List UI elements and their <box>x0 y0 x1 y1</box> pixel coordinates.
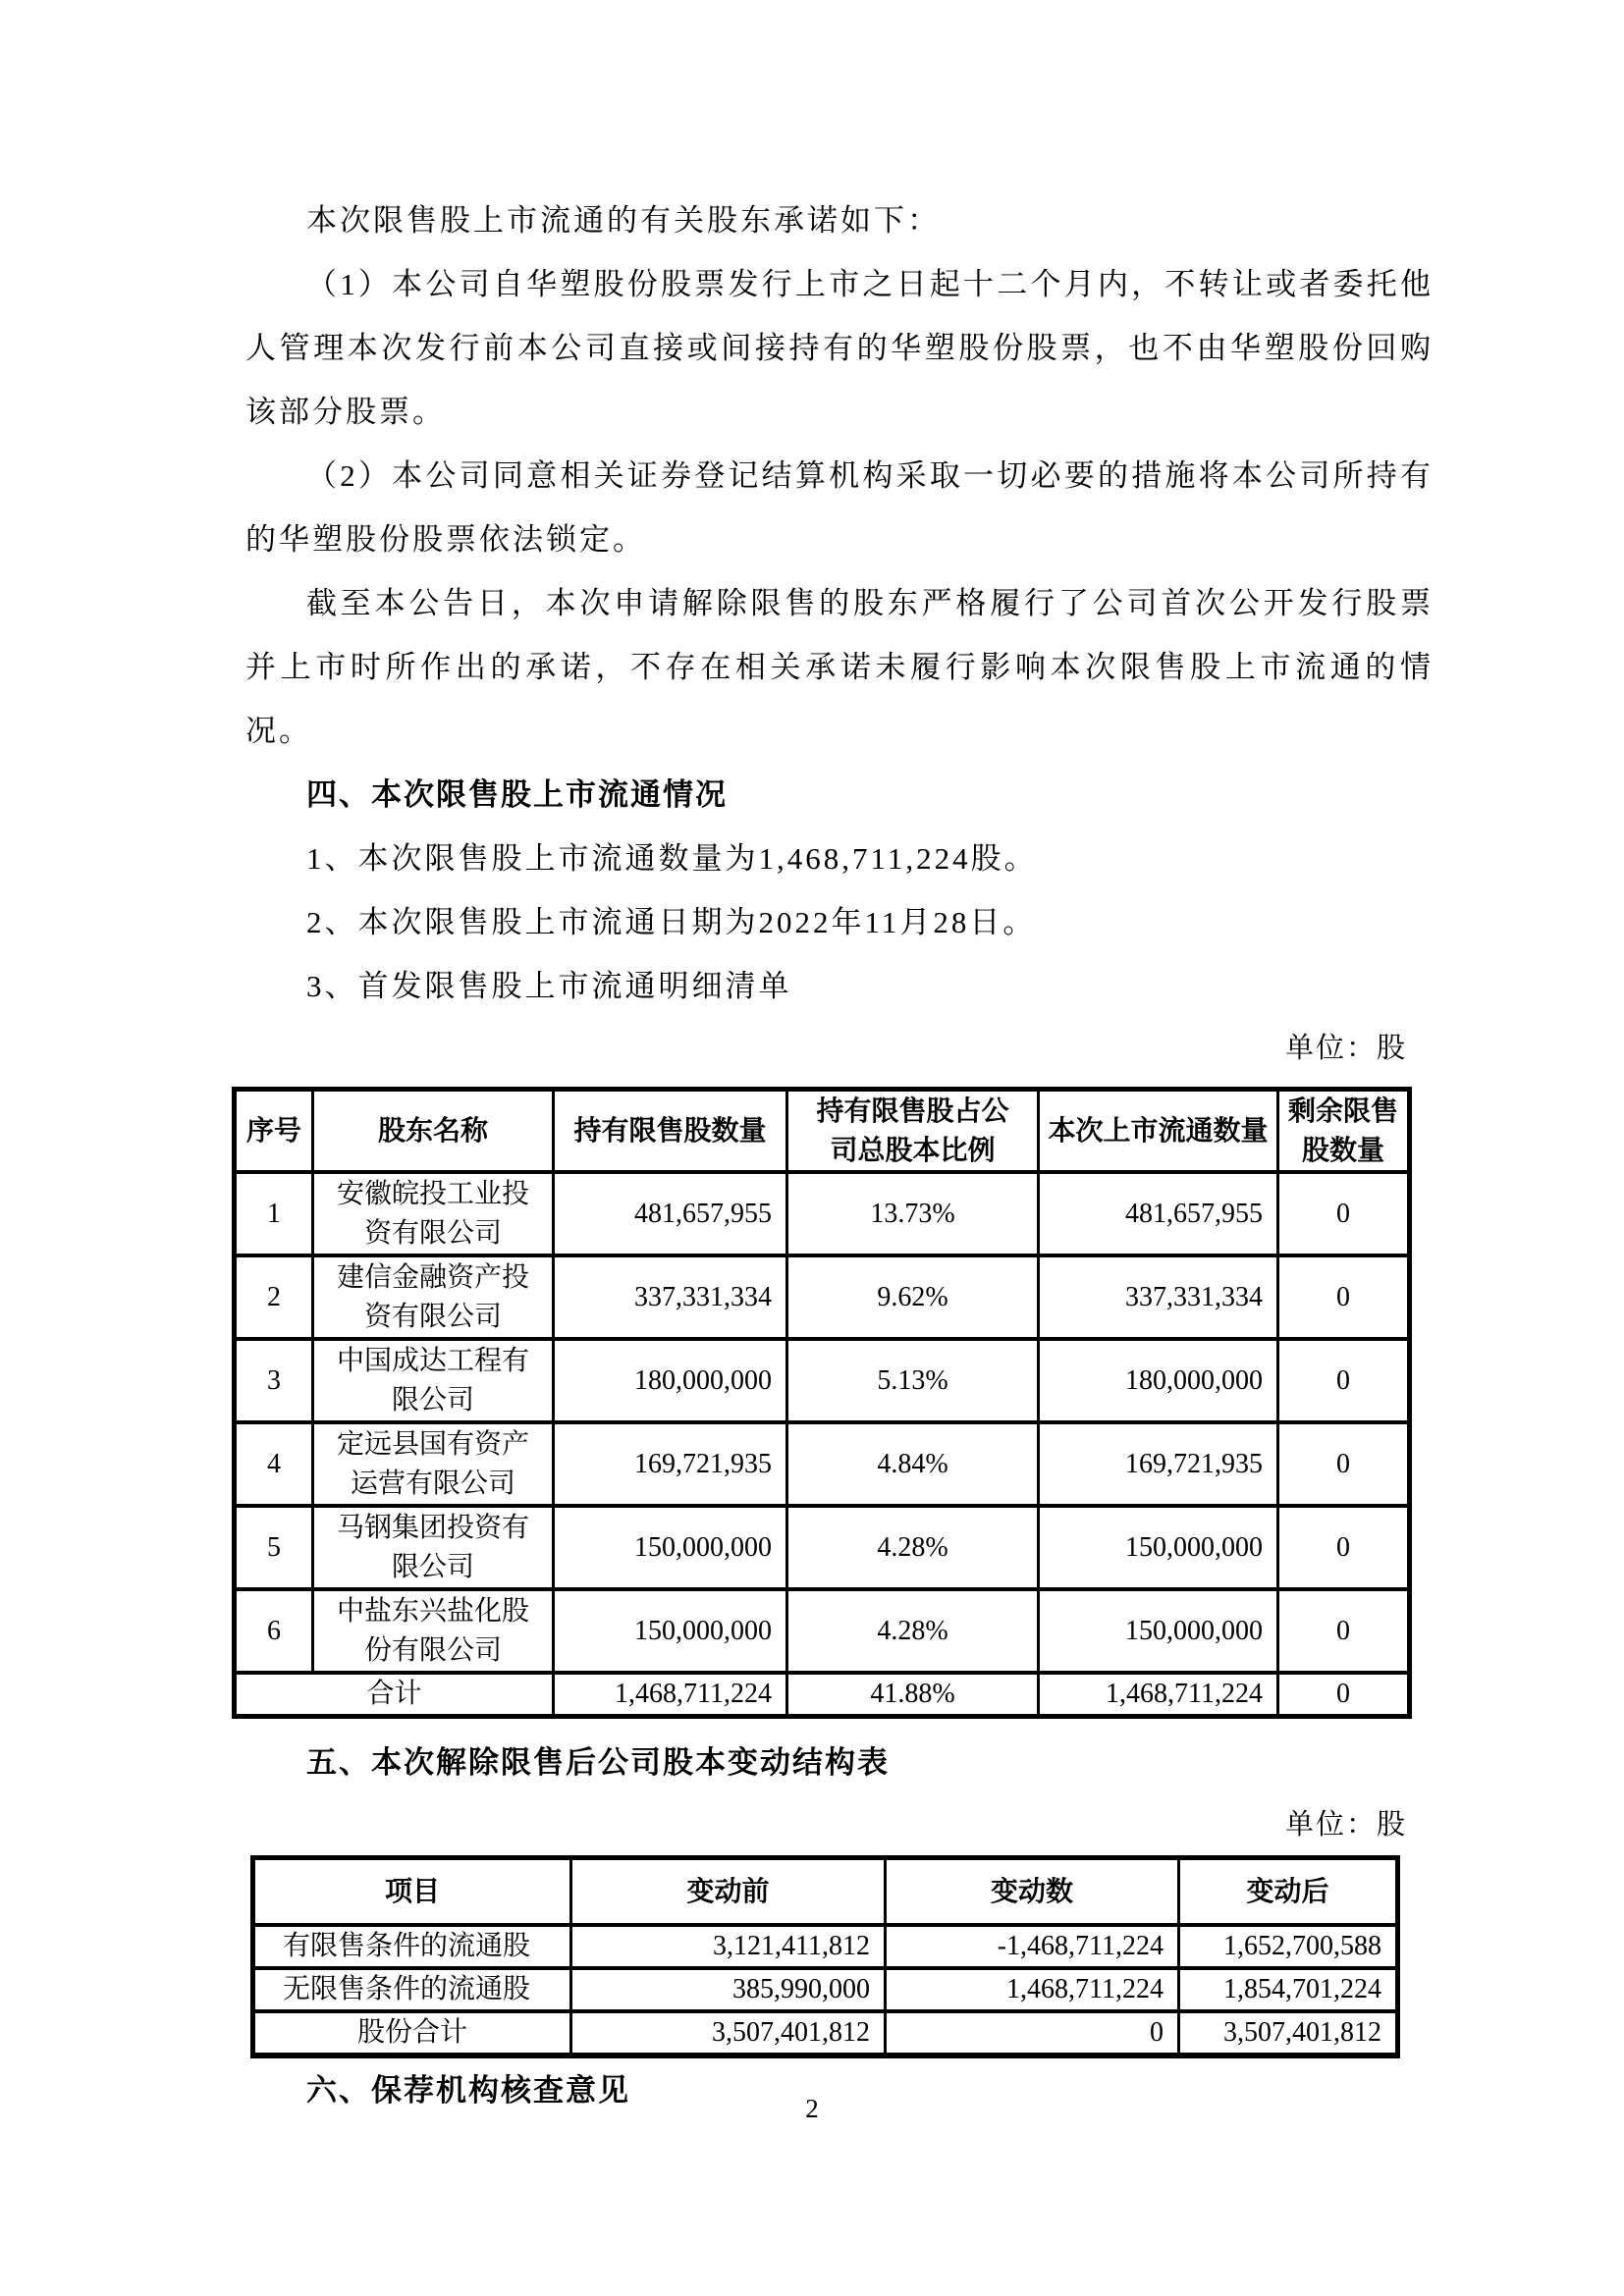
listed-shares-cell: 169,721,935 <box>1039 1422 1278 1506</box>
unit-label-table1: 单位：股 <box>232 1018 1407 1079</box>
table-row: 2 建信金融资产投 资有限公司 337,331,334 9.62% 337,33… <box>235 1255 1410 1339</box>
listed-shares-cell: 150,000,000 <box>1039 1589 1278 1673</box>
remaining-cell: 0 <box>1278 1255 1410 1339</box>
section4-heading: 四、本次限售股上市流通情况 <box>232 763 1434 827</box>
after-cell: 3,507,401,812 <box>1179 2011 1398 2056</box>
header-before-change: 变动前 <box>571 1858 886 1925</box>
pct-cell: 4.28% <box>787 1589 1039 1673</box>
listed-shares-cell: 481,657,955 <box>1039 1172 1278 1255</box>
document-content: 本次限售股上市流通的有关股东承诺如下： （1）本公司自华塑股份股票发行上市之日起… <box>232 0 1434 2122</box>
item-label-cell: 股份合计 <box>253 2011 571 2056</box>
total-held-cell: 1,468,711,224 <box>554 1673 787 1717</box>
header-item: 项目 <box>253 1858 571 1925</box>
no-cell: 1 <box>235 1172 313 1255</box>
table-row: 1 安徽皖投工业投 资有限公司 481,657,955 13.73% 481,6… <box>235 1172 1410 1255</box>
before-cell: 3,507,401,812 <box>571 2011 886 2056</box>
listed-shares-cell: 337,331,334 <box>1039 1255 1278 1339</box>
table-row: 5 马钢集团投资有 限公司 150,000,000 4.28% 150,000,… <box>235 1506 1410 1589</box>
page-number: 2 <box>0 2089 1624 2128</box>
header-shareholder-name: 股东名称 <box>313 1090 554 1173</box>
no-cell: 2 <box>235 1255 313 1339</box>
header-listed-shares: 本次上市流通数量 <box>1039 1090 1278 1173</box>
no-cell: 6 <box>235 1589 313 1673</box>
no-cell: 3 <box>235 1339 313 1422</box>
shareholder-name-cell: 中盐东兴盐化股 份有限公司 <box>313 1589 554 1673</box>
change-cell: 0 <box>886 2011 1179 2056</box>
table-header-row: 序号 股东名称 持有限售股数量 持有限售股占公 司总股本比例 本次上市流通数量 … <box>235 1090 1410 1173</box>
shareholder-name-cell: 建信金融资产投 资有限公司 <box>313 1255 554 1339</box>
document-page: 本次限售股上市流通的有关股东承诺如下： （1）本公司自华塑股份股票发行上市之日起… <box>0 0 1624 2296</box>
table-row: 无限售条件的流通股 385,990,000 1,468,711,224 1,85… <box>253 1968 1398 2011</box>
share-structure-change-table: 项目 变动前 变动数 变动后 有限售条件的流通股 3,121,411,812 -… <box>250 1855 1400 2058</box>
shareholder-name-cell: 马钢集团投资有 限公司 <box>313 1506 554 1589</box>
table-row: 有限售条件的流通股 3,121,411,812 -1,468,711,224 1… <box>253 1925 1398 1968</box>
item-label-cell: 有限售条件的流通股 <box>253 1925 571 1968</box>
before-cell: 385,990,000 <box>571 1968 886 2011</box>
total-remaining-cell: 0 <box>1278 1673 1410 1717</box>
held-shares-cell: 337,331,334 <box>554 1255 787 1339</box>
remaining-cell: 0 <box>1278 1589 1410 1673</box>
table-header-row: 项目 变动前 变动数 变动后 <box>253 1858 1398 1925</box>
header-held-shares: 持有限售股数量 <box>554 1090 787 1173</box>
pct-cell: 4.28% <box>787 1506 1039 1589</box>
no-cell: 5 <box>235 1506 313 1589</box>
pct-cell: 13.73% <box>787 1172 1039 1255</box>
held-shares-cell: 169,721,935 <box>554 1422 787 1506</box>
pct-cell: 9.62% <box>787 1255 1039 1339</box>
shareholder-name-cell: 安徽皖投工业投 资有限公司 <box>313 1172 554 1255</box>
no-cell: 4 <box>235 1422 313 1506</box>
total-listed-cell: 1,468,711,224 <box>1039 1673 1278 1717</box>
para-compliance-statement: 截至本公告日，本次申请解除限售的股东严格履行了公司首次公开发行股票并上市时所作出… <box>232 571 1434 763</box>
header-after-change: 变动后 <box>1179 1858 1398 1925</box>
item-label-cell: 无限售条件的流通股 <box>253 1968 571 2011</box>
item-detail-list: 3、首发限售股上市流通明细清单 <box>232 954 1434 1018</box>
change-cell: 1,468,711,224 <box>886 1968 1179 2011</box>
total-label-cell: 合计 <box>235 1673 554 1717</box>
change-cell: -1,468,711,224 <box>886 1925 1179 1968</box>
table-total-row: 股份合计 3,507,401,812 0 3,507,401,812 <box>253 2011 1398 2056</box>
pct-cell: 4.84% <box>787 1422 1039 1506</box>
para-commitment-1: （1）本公司自华塑股份股票发行上市之日起十二个月内，不转让或者委托他人管理本次发… <box>232 252 1434 444</box>
remaining-cell: 0 <box>1278 1339 1410 1422</box>
listed-shares-cell: 150,000,000 <box>1039 1506 1278 1589</box>
item-listing-quantity: 1、本次限售股上市流通数量为1,468,711,224股。 <box>232 827 1434 890</box>
para-commitment-2: （2）本公司同意相关证券登记结算机构采取一切必要的措施将本公司所持有的华塑股份股… <box>232 444 1434 571</box>
header-change-amount: 变动数 <box>886 1858 1179 1925</box>
ipo-lockup-release-table: 序号 股东名称 持有限售股数量 持有限售股占公 司总股本比例 本次上市流通数量 … <box>232 1087 1412 1719</box>
remaining-cell: 0 <box>1278 1506 1410 1589</box>
table-row: 6 中盐东兴盐化股 份有限公司 150,000,000 4.28% 150,00… <box>235 1589 1410 1673</box>
para-commitments-intro: 本次限售股上市流通的有关股东承诺如下： <box>232 188 1434 252</box>
table-row: 4 定远县国有资产 运营有限公司 169,721,935 4.84% 169,7… <box>235 1422 1410 1506</box>
remaining-cell: 0 <box>1278 1422 1410 1506</box>
after-cell: 1,854,701,224 <box>1179 1968 1398 2011</box>
item-listing-date: 2、本次限售股上市流通日期为2022年11月28日。 <box>232 890 1434 954</box>
pct-cell: 5.13% <box>787 1339 1039 1422</box>
held-shares-cell: 481,657,955 <box>554 1172 787 1255</box>
held-shares-cell: 150,000,000 <box>554 1506 787 1589</box>
held-shares-cell: 150,000,000 <box>554 1589 787 1673</box>
table-row: 3 中国成达工程有 限公司 180,000,000 5.13% 180,000,… <box>235 1339 1410 1422</box>
before-cell: 3,121,411,812 <box>571 1925 886 1968</box>
remaining-cell: 0 <box>1278 1172 1410 1255</box>
header-pct-of-capital: 持有限售股占公 司总股本比例 <box>787 1090 1039 1173</box>
header-no: 序号 <box>235 1090 313 1173</box>
held-shares-cell: 180,000,000 <box>554 1339 787 1422</box>
listed-shares-cell: 180,000,000 <box>1039 1339 1278 1422</box>
table-total-row: 合计 1,468,711,224 41.88% 1,468,711,224 0 <box>235 1673 1410 1717</box>
shareholder-name-cell: 中国成达工程有 限公司 <box>313 1339 554 1422</box>
unit-label-table2: 单位：股 <box>232 1794 1407 1855</box>
after-cell: 1,652,700,588 <box>1179 1925 1398 1968</box>
section5-heading: 五、本次解除限售后公司股本变动结构表 <box>232 1731 1434 1794</box>
shareholder-name-cell: 定远县国有资产 运营有限公司 <box>313 1422 554 1506</box>
header-remaining-shares: 剩余限售 股数量 <box>1278 1090 1410 1173</box>
total-pct-cell: 41.88% <box>787 1673 1039 1717</box>
